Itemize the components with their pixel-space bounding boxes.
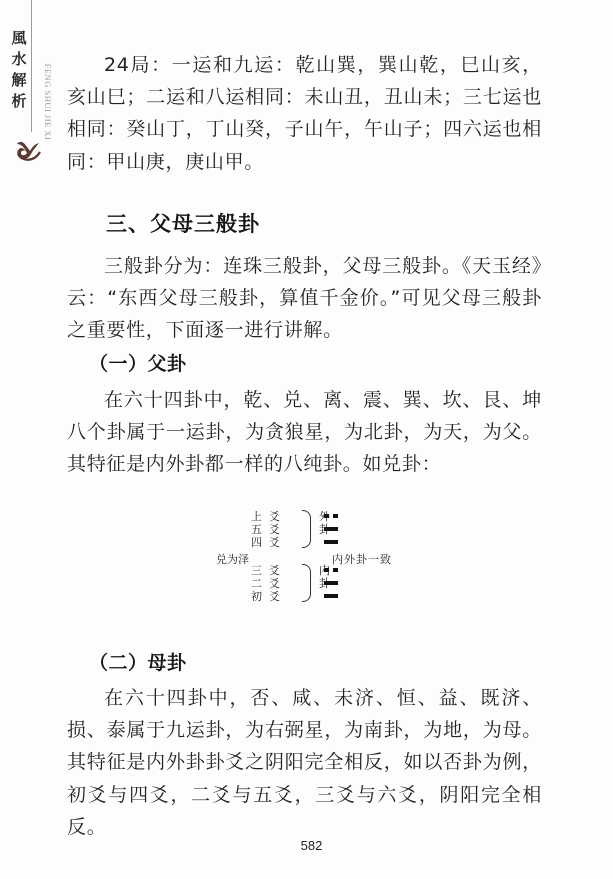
- outer-brace-icon: [302, 510, 311, 548]
- subsection-paragraph-mother: 在六十四卦中，否、咸、未济、恒、益、既济、损、泰属于九运卦，为右弼星，为南卦，为…: [67, 682, 542, 843]
- subsection-heading-father: （一）父卦: [89, 349, 187, 376]
- book-title-pinyin: FENG SHUI JIE XI: [42, 62, 54, 142]
- book-title-char: 水: [10, 49, 28, 70]
- subsection-paragraph-father: 在六十四卦中，乾、兑、离、震、巽、坎、艮、坤八个卦属于一运卦，为贪狼星，为北卦，…: [67, 384, 542, 481]
- margin-rule: [31, 0, 32, 132]
- outer-trigram-label: 外 卦: [318, 510, 331, 536]
- book-title-char: 解: [10, 70, 28, 91]
- relation-label: 内外卦一致: [332, 551, 392, 567]
- yang-line-icon: [324, 540, 338, 544]
- book-title-vertical: 風 水 解 析: [10, 28, 28, 112]
- section-paragraph: 三般卦分为：连珠三般卦，父母三般卦。《天玉经》云：“东西父母三般卦，算值千金价。…: [67, 250, 542, 347]
- section-heading: 三、父母三般卦: [106, 208, 260, 238]
- book-title-char: 析: [10, 91, 28, 112]
- dui-hexagram-diagram: 兑为泽 上 爻 五 爻 四 爻 外 卦 内外卦一致 三 爻 二 爻 初 爻 内 …: [210, 506, 410, 606]
- intro-paragraph: 24局：一运和九运：乾山巽，巽山乾，巳山亥，亥山巳；二运和八运相同：未山丑，丑山…: [67, 49, 542, 178]
- publisher-logo-icon: [14, 138, 42, 164]
- inner-brace-icon: [302, 564, 311, 602]
- yang-line-icon: [324, 594, 338, 598]
- book-title-char: 風: [10, 28, 28, 49]
- page-number: 582: [0, 838, 613, 853]
- hexagram-name: 兑为泽: [216, 551, 249, 567]
- subsection-heading-mother: （二）母卦: [89, 648, 187, 675]
- inner-trigram-label: 内 卦: [318, 564, 331, 590]
